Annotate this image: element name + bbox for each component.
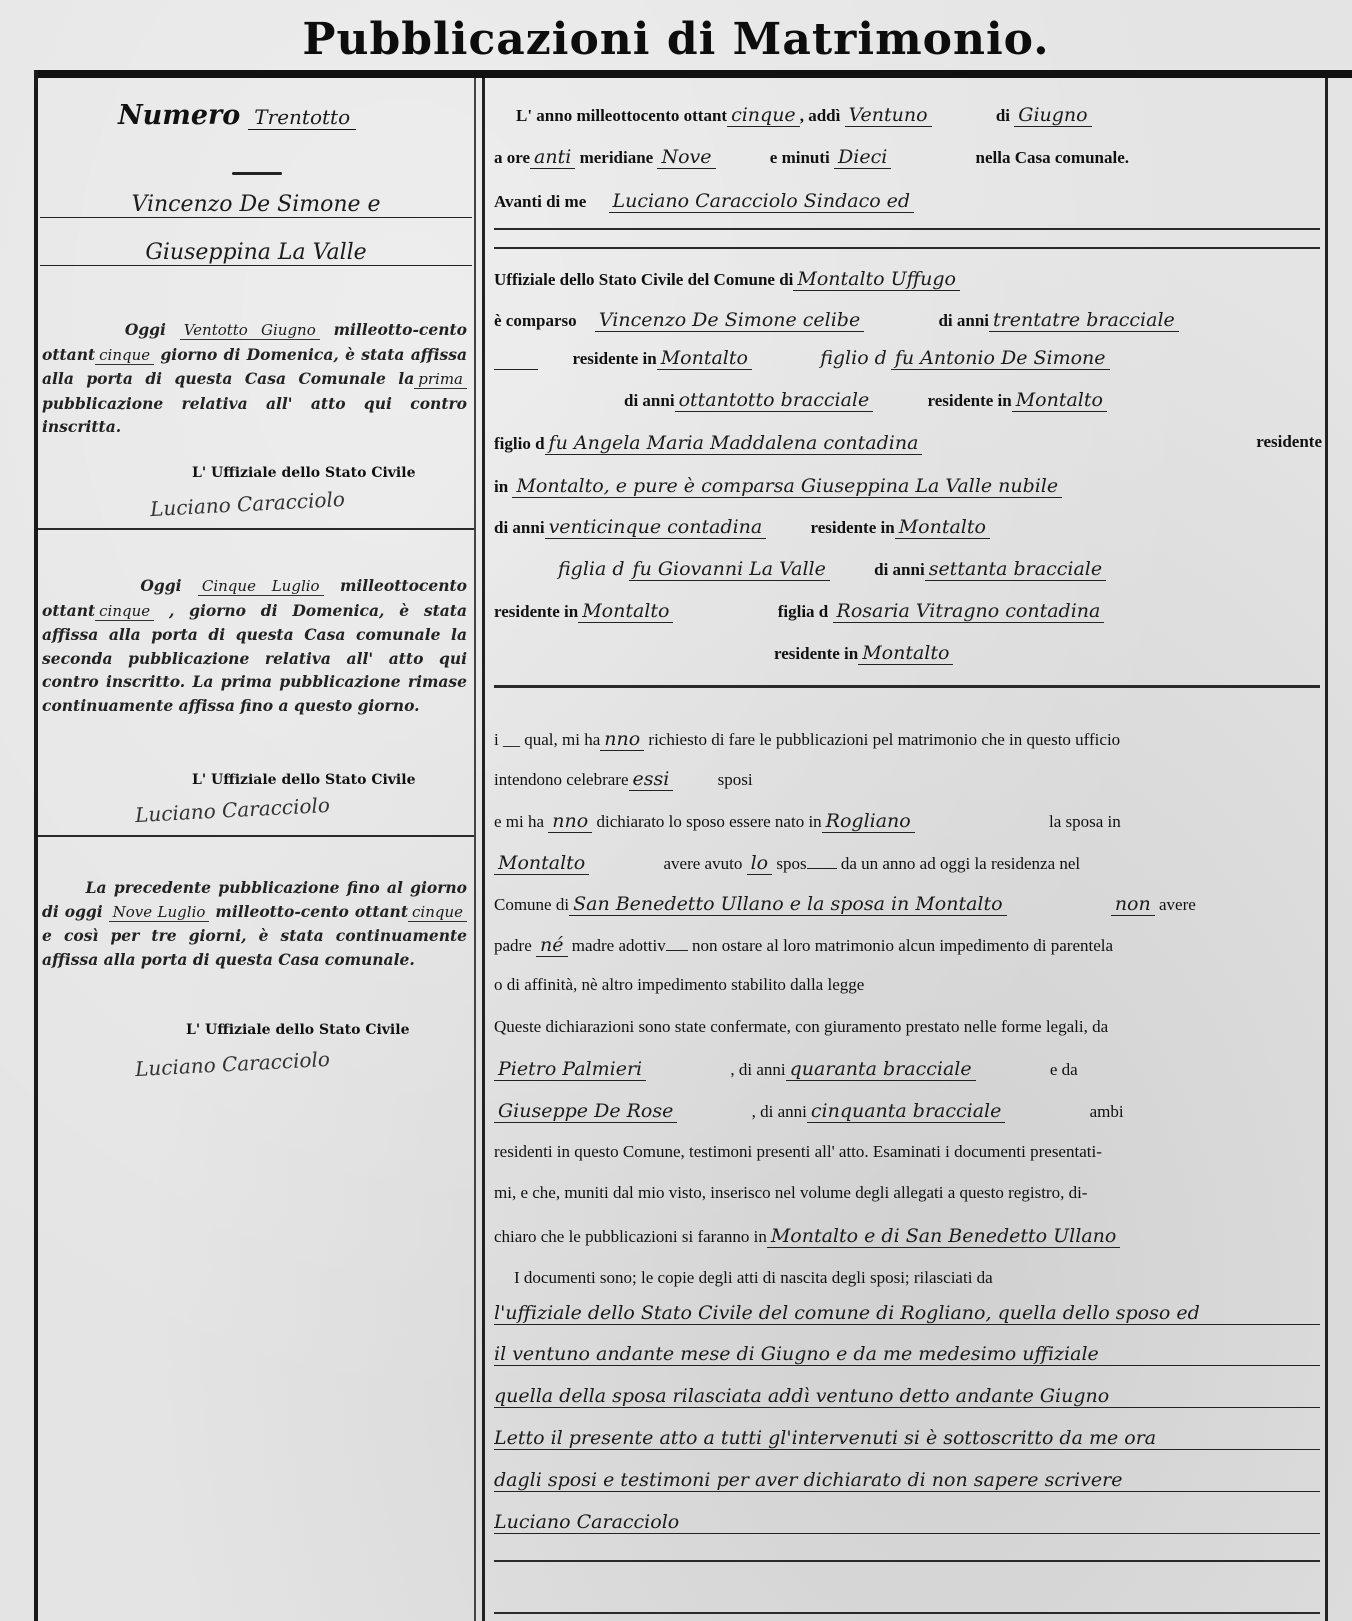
- closing-signature: Luciano Caracciolo: [494, 1511, 1320, 1534]
- act-line-6: residente inMontalto figlio dfu Antonio …: [494, 347, 1322, 369]
- residence-line: Montalto avere avuto lo spos da un anno …: [494, 852, 1322, 874]
- first-pub-date: Ventotto Giugno: [180, 321, 320, 340]
- first-publication-text: Oggi Ventotto Giugno milleotto-cento ott…: [42, 318, 467, 439]
- numero-value: Trentotto: [248, 105, 356, 130]
- rule: [494, 1560, 1320, 1562]
- section-divider: [38, 528, 474, 530]
- third-note-date: Nove Luglio: [109, 903, 210, 922]
- documents-handwritten-5: dagli sposi e testimoni per aver dichiar…: [494, 1469, 1320, 1492]
- volume-line: mi, e che, muniti dal mio visto, inseris…: [494, 1183, 1322, 1203]
- top-rule: [34, 70, 1352, 78]
- section-divider: [38, 835, 474, 837]
- act-line-7: di anniottantotto bracciale residente in…: [494, 389, 1352, 411]
- witness-residence-line: residenti in questo Comune, testimoni pr…: [494, 1142, 1322, 1162]
- column-divider-bold: [482, 78, 485, 1621]
- third-note-text: La precedente pubblicazione fino al gior…: [42, 876, 467, 971]
- documents-handwritten-3: quella della sposa rilasciata addì ventu…: [494, 1385, 1320, 1408]
- third-note-year: cinque: [408, 903, 467, 922]
- documents-line: I documenti sono; le copie degli atti di…: [494, 1268, 1342, 1288]
- documents-handwritten-1: l'uffiziale dello Stato Civile del comun…: [494, 1302, 1320, 1325]
- rule: [494, 685, 1320, 688]
- witness-1-line: Pietro Palmieri , di anniquaranta bracci…: [494, 1058, 1322, 1080]
- bride-name: Giuseppina La Valle: [40, 240, 472, 266]
- first-pub-year: cinque: [95, 346, 154, 365]
- officer-label: L' Uffiziale dello Stato Civile: [186, 1022, 409, 1038]
- celebrate-line: intendono celebrareessi sposi: [494, 768, 1322, 790]
- act-line-1: L' anno milleottocento ottantcinque, add…: [494, 104, 1344, 126]
- second-publication-text: Oggi Cinque Luglio milleottocento ottant…: [42, 574, 467, 717]
- documents-handwritten-2: il ventuno andante mese di Giugno e da m…: [494, 1343, 1320, 1366]
- rule: [494, 1612, 1320, 1614]
- confirmation-line: Queste dichiarazioni sono state conferma…: [494, 1017, 1322, 1037]
- right-border: [1325, 78, 1328, 1621]
- act-line-9: in Montalto, e pure è comparsa Giuseppin…: [494, 475, 1322, 497]
- request-line: i __ qual, mi hanno richiesto di fare le…: [494, 728, 1322, 750]
- rule: [494, 228, 1320, 230]
- adoptive-line: padre né madre adottiv non ostare al lor…: [494, 934, 1322, 956]
- impediment-line: o di affinità, nè altro impedimento stab…: [494, 975, 1322, 995]
- second-pub-date: Cinque Luglio: [198, 577, 324, 596]
- column-divider: [474, 78, 476, 1621]
- officer-label: L' Uffiziale dello Stato Civile: [192, 772, 415, 788]
- second-pub-year: cinque: [95, 602, 154, 621]
- act-line-8: figlio dfu Angela Maria Maddalena contad…: [494, 432, 1322, 454]
- act-line-3: Avanti di me Luciano Caracciolo Sindaco …: [494, 190, 1322, 212]
- birthplace-line: e mi ha nno dichiarato lo sposo essere n…: [494, 810, 1322, 832]
- numero-label: Numero: [118, 100, 240, 131]
- ornament-divider: [232, 172, 282, 175]
- act-line-2: a oreanti meridiane Nove e minuti Dieci …: [494, 146, 1322, 168]
- witness-2-line: Giuseppe De Rose , di annicinquanta brac…: [494, 1100, 1322, 1122]
- act-line-11: figlia dfu Giovanni La Valle di annisett…: [494, 558, 1352, 580]
- officer-label: L' Uffiziale dello Stato Civile: [192, 465, 415, 481]
- documents-handwritten-4: Letto il presente atto a tutti gl'interv…: [494, 1427, 1320, 1450]
- act-line-10: di anniventicinque contadina residente i…: [494, 516, 1322, 538]
- act-line-13: residente inMontalto: [494, 642, 1352, 664]
- publication-place-line: chiaro che le pubblicazioni si faranno i…: [494, 1225, 1322, 1247]
- act-line-4: Uffiziale dello Stato Civile del Comune …: [494, 268, 1322, 290]
- comune-line: Comune diSan Benedetto Ullano e la sposa…: [494, 893, 1322, 915]
- groom-name: Vincenzo De Simone e: [40, 192, 472, 218]
- record-number: NumeroTrentotto: [118, 100, 356, 131]
- page-title: Pubblicazioni di Matrimonio.: [0, 14, 1352, 65]
- act-line-12: residente inMontalto figlia d Rosaria Vi…: [494, 600, 1322, 622]
- rule: [494, 247, 1320, 249]
- act-line-5: è comparso Vincenzo De Simone celibe di …: [494, 309, 1322, 331]
- left-border: [34, 70, 38, 1621]
